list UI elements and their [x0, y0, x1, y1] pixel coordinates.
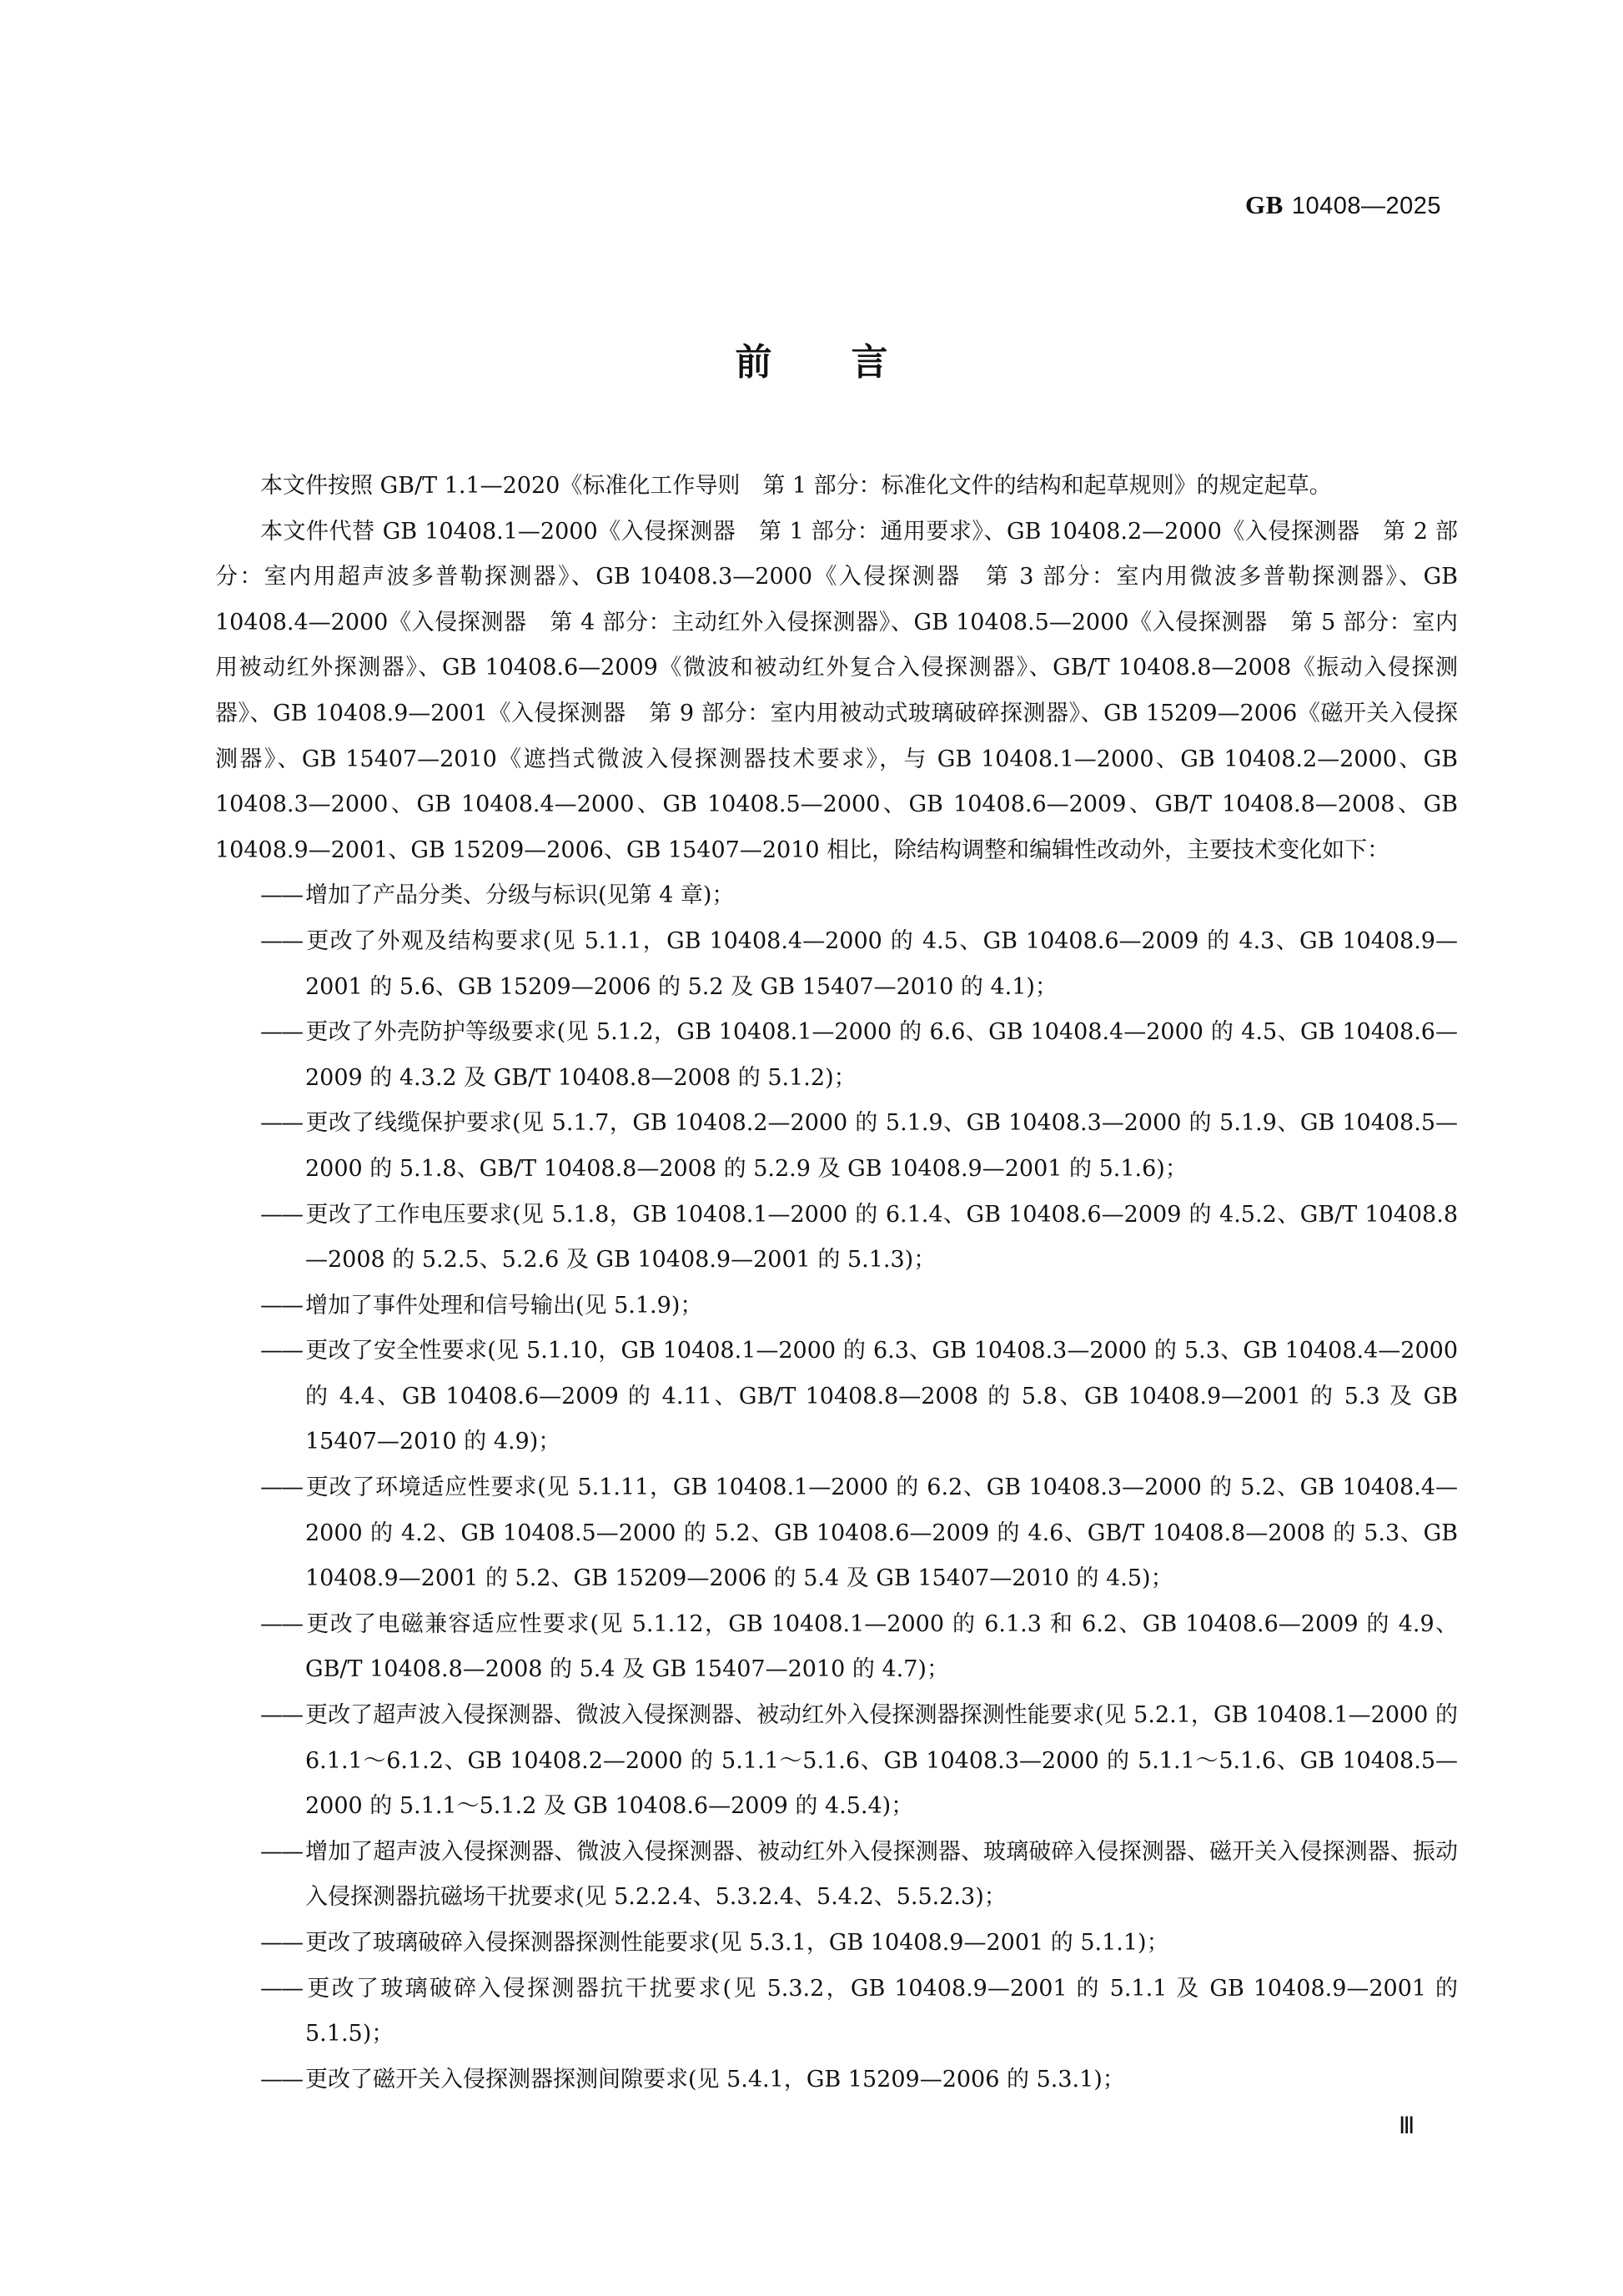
standard-code: 10408—2025	[1292, 193, 1441, 219]
change-item: ——增加了超声波入侵探测器、微波入侵探测器、被动红外入侵探测器、玻璃破碎入侵探测…	[260, 1830, 1458, 1921]
change-text: 更改了磁开关入侵探测器探测间隙要求(见 5.4.1，GB 15209—2006 …	[305, 2067, 1125, 2093]
change-text: 更改了线缆保护要求(见 5.1.7，GB 10408.2—2000 的 5.1.…	[305, 1110, 1458, 1182]
change-text: 增加了事件处理和信号输出(见 5.1.9)；	[305, 1293, 702, 1319]
change-item: ——增加了事件处理和信号输出(见 5.1.9)；	[260, 1284, 1458, 1329]
dash-bullet: ——	[260, 1101, 305, 1147]
standard-prefix: GB	[1245, 190, 1284, 219]
change-text: 更改了环境适应性要求(见 5.1.11，GB 10408.1—2000 的 6.…	[305, 1475, 1458, 1591]
dash-bullet: ——	[260, 1602, 305, 1648]
dash-bullet: ——	[260, 1284, 305, 1329]
page-title: 前言	[0, 332, 1623, 385]
dash-bullet: ——	[260, 873, 305, 919]
change-text: 更改了玻璃破碎入侵探测器探测性能要求(见 5.3.1，GB 10408.9—20…	[305, 1930, 1169, 1956]
change-text: 增加了超声波入侵探测器、微波入侵探测器、被动红外入侵探测器、玻璃破碎入侵探测器、…	[305, 1839, 1458, 1911]
change-item: ——更改了玻璃破碎入侵探测器探测性能要求(见 5.3.1，GB 10408.9—…	[260, 1921, 1458, 1967]
change-text: 更改了电磁兼容适应性要求(见 5.1.12，GB 10408.1—2000 的 …	[305, 1611, 1458, 1683]
change-text: 更改了玻璃破碎入侵探测器抗干扰要求(见 5.3.2，GB 10408.9—200…	[305, 1976, 1458, 2047]
dash-bullet: ——	[260, 1693, 305, 1739]
dash-bullet: ——	[260, 1010, 305, 1056]
change-text: 更改了外观及结构要求(见 5.1.1，GB 10408.4—2000 的 4.5…	[305, 928, 1458, 1000]
change-text: 更改了超声波入侵探测器、微波入侵探测器、被动红外入侵探测器探测性能要求(见 5.…	[305, 1702, 1458, 1819]
change-item: ——更改了磁开关入侵探测器探测间隙要求(见 5.4.1，GB 15209—200…	[260, 2057, 1458, 2103]
dash-bullet: ——	[260, 1465, 305, 1511]
dash-bullet: ——	[260, 1967, 305, 2012]
change-item: ——更改了线缆保护要求(见 5.1.7，GB 10408.2—2000 的 5.…	[260, 1101, 1458, 1192]
change-item: ——更改了环境适应性要求(见 5.1.11，GB 10408.1—2000 的 …	[260, 1465, 1458, 1602]
change-item: ——更改了工作电压要求(见 5.1.8，GB 10408.1—2000 的 6.…	[260, 1193, 1458, 1284]
dash-bullet: ——	[260, 1830, 305, 1876]
change-text: 更改了外壳防护等级要求(见 5.1.2，GB 10408.1—2000 的 6.…	[305, 1019, 1458, 1091]
dash-bullet: ——	[260, 1921, 305, 1967]
dash-bullet: ——	[260, 1193, 305, 1238]
standard-number: GB10408—2025	[1245, 190, 1441, 220]
dash-bullet: ——	[260, 1329, 305, 1374]
page-number: Ⅲ	[1399, 2112, 1414, 2140]
dash-bullet: ——	[260, 919, 305, 965]
change-text: 更改了工作电压要求(见 5.1.8，GB 10408.1—2000 的 6.1.…	[305, 1202, 1458, 1274]
change-item: ——更改了外观及结构要求(见 5.1.1，GB 10408.4—2000 的 4…	[260, 919, 1458, 1010]
paragraph-replacement: 本文件代替 GB 10408.1—2000《入侵探测器 第 1 部分：通用要求》…	[215, 510, 1458, 874]
change-item: ——更改了玻璃破碎入侵探测器抗干扰要求(见 5.3.2，GB 10408.9—2…	[260, 1967, 1458, 2057]
change-text: 更改了安全性要求(见 5.1.10，GB 10408.1—2000 的 6.3、…	[305, 1338, 1458, 1454]
change-text: 增加了产品分类、分级与标识(见第 4 章)；	[305, 882, 734, 908]
change-item: ——增加了产品分类、分级与标识(见第 4 章)；	[260, 873, 1458, 919]
change-item: ——更改了超声波入侵探测器、微波入侵探测器、被动红外入侵探测器探测性能要求(见 …	[260, 1693, 1458, 1830]
dash-bullet: ——	[260, 2057, 305, 2103]
change-item: ——更改了外壳防护等级要求(见 5.1.2，GB 10408.1—2000 的 …	[260, 1010, 1458, 1101]
change-item: ——更改了安全性要求(见 5.1.10，GB 10408.1—2000 的 6.…	[260, 1329, 1458, 1465]
paragraph-drafting-rules: 本文件按照 GB/T 1.1—2020《标准化工作导则 第 1 部分：标准化文件…	[215, 464, 1458, 510]
change-item: ——更改了电磁兼容适应性要求(见 5.1.12，GB 10408.1—2000 …	[260, 1602, 1458, 1693]
foreword-body: 本文件按照 GB/T 1.1—2020《标准化工作导则 第 1 部分：标准化文件…	[215, 464, 1458, 2103]
